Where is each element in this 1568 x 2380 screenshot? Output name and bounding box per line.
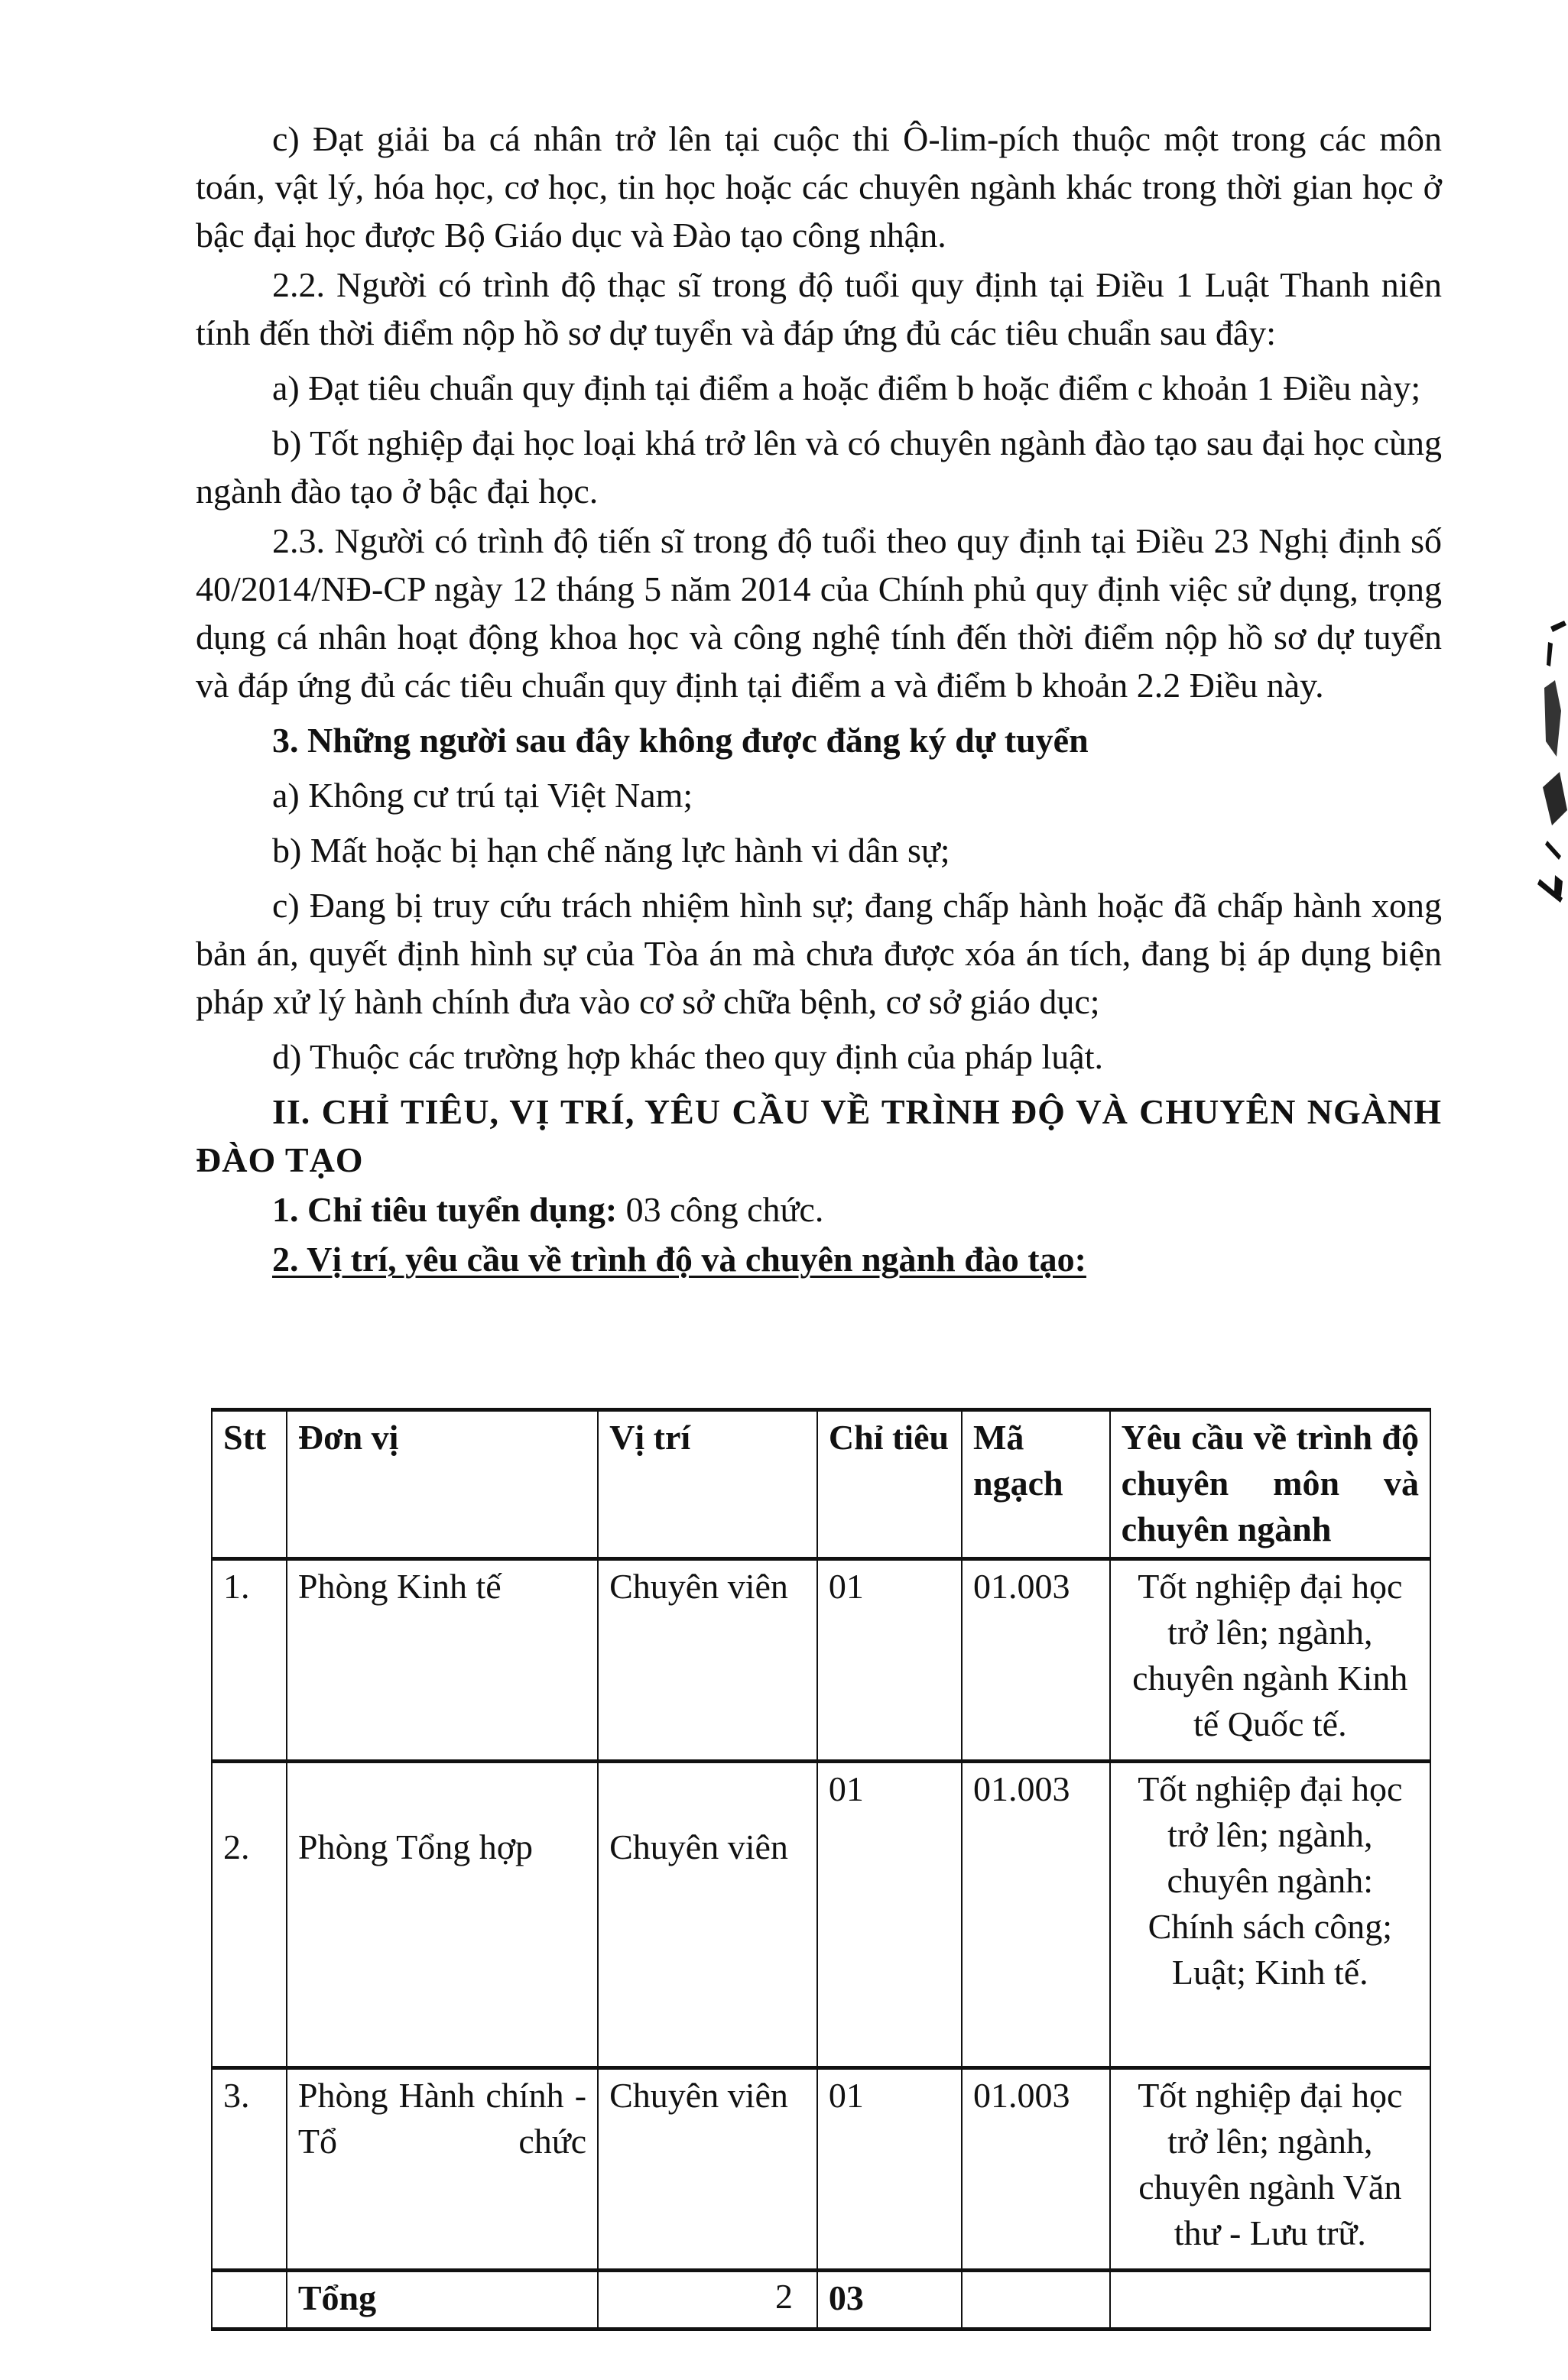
cell-quota: 01 (817, 1762, 962, 2068)
page-number: 2 (0, 2276, 1568, 2317)
cell-quota: 01 (817, 1559, 962, 1762)
paragraph-2-2: 2.2. Người có trình độ thạc sĩ trong độ … (196, 261, 1442, 357)
cell-position: Chuyên viên (598, 1559, 817, 1762)
section-3-item-c: c) Đang bị truy cứu trách nhiệm hình sự;… (196, 881, 1442, 1026)
quota-value: 03 công chức. (617, 1190, 823, 1229)
paragraph-1c: c) Đạt giải ba cá nhân trở lên tại cuộc … (196, 115, 1442, 259)
cell-requirement: Tốt nghiệp đại học trở lên; ngành, chuyê… (1110, 1762, 1430, 2068)
cell-unit: Phòng Kinh tế (287, 1559, 598, 1762)
table-row: 3. Phòng Hành chính - Tổ chức Chuyên viê… (212, 2068, 1430, 2271)
section-II-heading: II. CHỈ TIÊU, VỊ TRÍ, YÊU CẦU VỀ TRÌNH Đ… (196, 1088, 1442, 1184)
cell-code: 01.003 (962, 2068, 1110, 2271)
header-quota: Chỉ tiêu (817, 1410, 962, 1559)
cell-quota: 01 (817, 2068, 962, 2271)
section-3-item-d: d) Thuộc các trường hợp khác theo quy đị… (196, 1033, 1442, 1081)
cell-position: Chuyên viên (598, 2068, 817, 2271)
cell-stt: 2. (212, 1762, 287, 2068)
positions-heading: 2. Vị trí, yêu cầu về trình độ và chuyên… (196, 1235, 1442, 1283)
paragraph-2-2a: a) Đạt tiêu chuẩn quy định tại điểm a ho… (196, 364, 1442, 412)
section-3-item-a: a) Không cư trú tại Việt Nam; (196, 771, 1442, 819)
header-requirement: Yêu cầu về trình độ chuyên môn và chuyên… (1110, 1410, 1430, 1559)
paragraph-2-3: 2.3. Người có trình độ tiến sĩ trong độ … (196, 517, 1442, 709)
table-row: 1. Phòng Kinh tế Chuyên viên 01 01.003 T… (212, 1559, 1430, 1762)
section-3-heading: 3. Những người sau đây không được đăng k… (196, 716, 1442, 764)
cell-requirement: Tốt nghiệp đại học trở lên; ngành, chuyê… (1110, 1559, 1430, 1762)
table-header-row: Stt Đơn vị Vị trí Chỉ tiêu Mã ngạch Yêu … (212, 1410, 1430, 1559)
cell-requirement: Tốt nghiệp đại học trở lên; ngành, chuyê… (1110, 2068, 1430, 2271)
header-code: Mã ngạch (962, 1410, 1110, 1559)
section-3-item-b: b) Mất hoặc bị hạn chế năng lực hành vi … (196, 826, 1442, 874)
document-page: c) Đạt giải ba cá nhân trở lên tại cuộc … (0, 0, 1568, 2380)
header-position: Vị trí (598, 1410, 817, 1559)
header-stt: Stt (212, 1410, 287, 1559)
cell-stt: 3. (212, 2068, 287, 2271)
table-row: 2. Phòng Tổng hợp Chuyên viên 01 01.003 … (212, 1762, 1430, 2068)
cell-code: 01.003 (962, 1762, 1110, 2068)
quota-line: 1. Chỉ tiêu tuyển dụng: 03 công chức. (196, 1185, 1442, 1234)
stamp-fragment-icon (1521, 611, 1568, 917)
cell-code: 01.003 (962, 1559, 1110, 1762)
cell-stt: 1. (212, 1559, 287, 1762)
paragraph-2-2b: b) Tốt nghiệp đại học loại khá trở lên v… (196, 419, 1442, 515)
header-unit: Đơn vị (287, 1410, 598, 1559)
positions-table: Stt Đơn vị Vị trí Chỉ tiêu Mã ngạch Yêu … (211, 1408, 1431, 2331)
cell-unit: Phòng Tổng hợp (287, 1762, 598, 2068)
cell-unit: Phòng Hành chính - Tổ chức (287, 2068, 598, 2271)
body-text: c) Đạt giải ba cá nhân trở lên tại cuộc … (196, 115, 1442, 1283)
cell-position: Chuyên viên (598, 1762, 817, 2068)
quota-label: 1. Chỉ tiêu tuyển dụng: (272, 1190, 617, 1229)
